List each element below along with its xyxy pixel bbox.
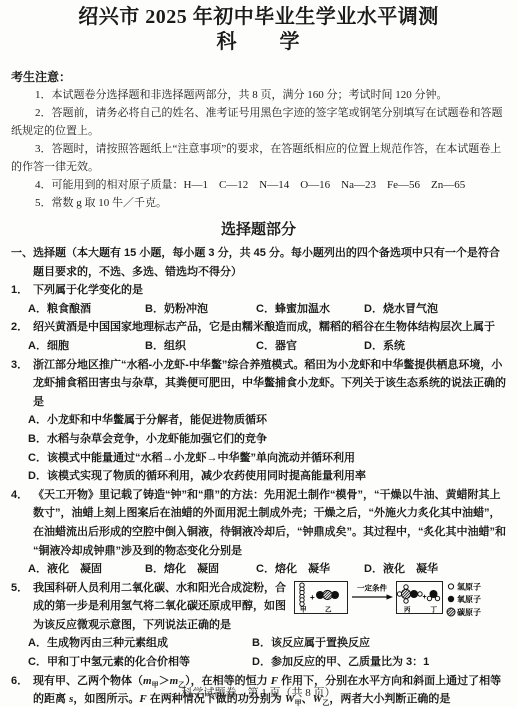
section-intro-text: 选择题（本大题有 15 小题，每小题 3 分，共 45 分。每小题列出的四个备选… (33, 247, 500, 278)
page-subtitle: 科 学 (11, 30, 506, 55)
question-1-number: 1． (11, 281, 33, 300)
notice-block: 考生注意： 1．本试题卷分选择题和非选择题两部分，共 8 页，满分 160 分；… (11, 68, 506, 212)
h2-molecules-icon (300, 583, 304, 606)
q4-option-b: B．熔化 凝固 (145, 560, 256, 579)
q3-option-a: A．小龙虾和中华鳖属于分解者，能促进物质循环 (11, 411, 506, 430)
exam-paper-page: { "page": { "title": "绍兴市 2025 年初中毕业生学业水… (0, 0, 517, 707)
question-2-options: A．细胞 B．组织 C．器官 D．系统 (11, 337, 506, 356)
notice-item-4: 4．可能用到的相对原子质量：H—1 C—12 N—14 O—16 Na—23 F… (11, 176, 506, 194)
q2-option-b: B．组织 (145, 337, 256, 356)
q5-option-d: D．参加反应的甲、乙质量比为 3：1 (252, 653, 506, 672)
legend-hydrogen-icon (448, 584, 453, 589)
question-1-options: A．粮食酿酒 B．奶粉冲泡 C．蜂蜜加温水 D．烧水冒气泡 (11, 300, 506, 319)
page: 绍兴市 2025 年初中毕业生学业水平调测 科 学 考生注意： 1．本试题卷分选… (0, 0, 517, 707)
page-footer: 科学试题卷 第 1 页（共 8 页） (0, 684, 517, 700)
notice-label: 考生注意： (11, 68, 506, 86)
selection-section: 选择题部分 一、选择题（本大题有 15 小题，每小题 3 分，共 45 分。每小… (11, 220, 506, 707)
question-4: 4．《天工开物》里记载了铸造“钟”和“鼎”的方法：先用泥土制作“模骨”，“干燥以… (11, 486, 506, 560)
question-4-text: 《天工开物》里记载了铸造“钟”和“鼎”的方法：先用泥土制作“模骨”，“干燥以牛油… (33, 489, 506, 557)
question-5-text: 我国科研人员利用二氧化碳、水和阳光合成淀粉，合成的第一步是利用氢气将二氧化碳还原… (33, 582, 286, 631)
section-heading: 选择题部分 (11, 220, 506, 240)
reaction-micro-diagram: + 甲 乙 一定条件 (294, 581, 506, 621)
question-2: 2．绍兴黄酒是中国国家地理标志产品，它是由糯米酿造而成，糯稻的稻谷在生物体结构层… (11, 318, 506, 337)
q5-option-b: B．该反应属于置换反应 (252, 634, 506, 653)
q1-option-c: C．蜂蜜加温水 (256, 300, 364, 319)
reactant-plus-sign: + (310, 593, 315, 602)
question-1: 1．下列属于化学变化的是 (11, 281, 506, 300)
question-3: 3．浙江部分地区推广“水稻-小龙虾-中华鳖”综合养殖模式。稻田为小龙虾和中华鳖提… (11, 356, 506, 412)
legend-carbon-label: 碳原子 (457, 607, 481, 617)
legend-oxygen-label: 氧原子 (457, 594, 481, 604)
q3-option-d: D．该模式实现了物质的循环利用，减少农药使用同时提高能量利用率 (11, 467, 506, 486)
question-1-text: 下列属于化学变化的是 (33, 284, 143, 296)
page-title: 绍兴市 2025 年初中毕业生学业水平调测 (11, 4, 506, 30)
question-5-options-row-1: A．生成物丙由三种元素组成 B．该反应属于置换反应 (11, 634, 506, 653)
section-intro-number: 一、 (11, 244, 33, 263)
question-2-number: 2． (11, 318, 33, 337)
product-plus-sign: + (423, 594, 427, 601)
notice-item-2: 2．答题前，请务必将自己的姓名、准考证号用黑色字迹的签字笔或钢笔分别填写在试题卷… (11, 104, 506, 140)
q4-option-d: D．液化 凝华 (364, 560, 506, 579)
notice-item-1: 1．本试题卷分选择题和非选择题两部分，共 8 页，满分 160 分；考试时间 1… (11, 86, 506, 104)
co2-molecule-icon (316, 590, 339, 599)
reaction-arrow-icon (352, 594, 393, 599)
water-molecule-icon (427, 590, 439, 601)
notice-item-3: 3．答题时，请按照答题纸上“注意事项”的要求，在答题纸相应的位置上规范作答，在本… (11, 140, 506, 176)
q4-option-a: A．液化 凝固 (28, 560, 145, 579)
question-5-number: 5． (11, 579, 33, 598)
q2-option-d: D．系统 (364, 337, 506, 356)
reaction-condition-label: 一定条件 (357, 582, 387, 592)
q1-option-d: D．烧水冒气泡 (364, 300, 506, 319)
notice-item-5: 5．常数 g 取 10 牛／千克。 (11, 194, 506, 212)
q1-option-b: B．奶粉冲泡 (145, 300, 256, 319)
q2-option-c: C．器官 (256, 337, 364, 356)
legend-hydrogen-label: 氢原子 (457, 581, 481, 591)
question-5-options-row-2: C．甲和丁中氢元素的化合价相等 D．参加反应的甲、乙质量比为 3：1 (11, 653, 506, 672)
question-2-text: 绍兴黄酒是中国国家地理标志产品，它是由糯米酿造而成，糯稻的稻谷在生物体结构层次上… (33, 321, 495, 333)
q5-option-c: C．甲和丁中氢元素的化合价相等 (28, 653, 252, 672)
reactant-label-yi: 乙 (325, 605, 332, 613)
product-label-ding: 丁 (431, 605, 438, 613)
question-3-number: 3． (11, 356, 33, 375)
reactant-label-jia: 甲 (300, 605, 307, 613)
q5-option-a: A．生成物丙由三种元素组成 (28, 634, 252, 653)
q3-option-c: C．该模式中能量通过“水稻→小龙虾→中华鳖”单向流动并循环利用 (11, 449, 506, 468)
legend-oxygen-icon (448, 595, 454, 601)
legend-carbon-icon (447, 608, 455, 616)
methanol-molecule-icon (397, 584, 422, 602)
product-label-bing: 丙 (404, 604, 411, 613)
q1-option-a: A．粮食酿酒 (28, 300, 145, 319)
q3-option-b: B．水稻与杂草会竞争，小龙虾能加强它们的竞争 (11, 430, 506, 449)
question-3-text: 浙江部分地区推广“水稻-小龙虾-中华鳖”综合养殖模式。稻田为小龙虾和中华鳖提供栖… (33, 359, 506, 408)
section-intro: 一、选择题（本大题有 15 小题，每小题 3 分，共 45 分。每小题列出的四个… (11, 244, 506, 281)
q2-option-a: A．细胞 (28, 337, 145, 356)
question-4-options: A．液化 凝固 B．熔化 凝固 C．熔化 凝华 D．液化 凝华 (11, 560, 506, 579)
question-4-number: 4． (11, 486, 33, 505)
question-5: 5．我国科研人员利用二氧化碳、水和阳光合成淀粉，合成的第一步是利用氢气将二氧化碳… (11, 579, 506, 672)
q4-option-c: C．熔化 凝华 (256, 560, 364, 579)
